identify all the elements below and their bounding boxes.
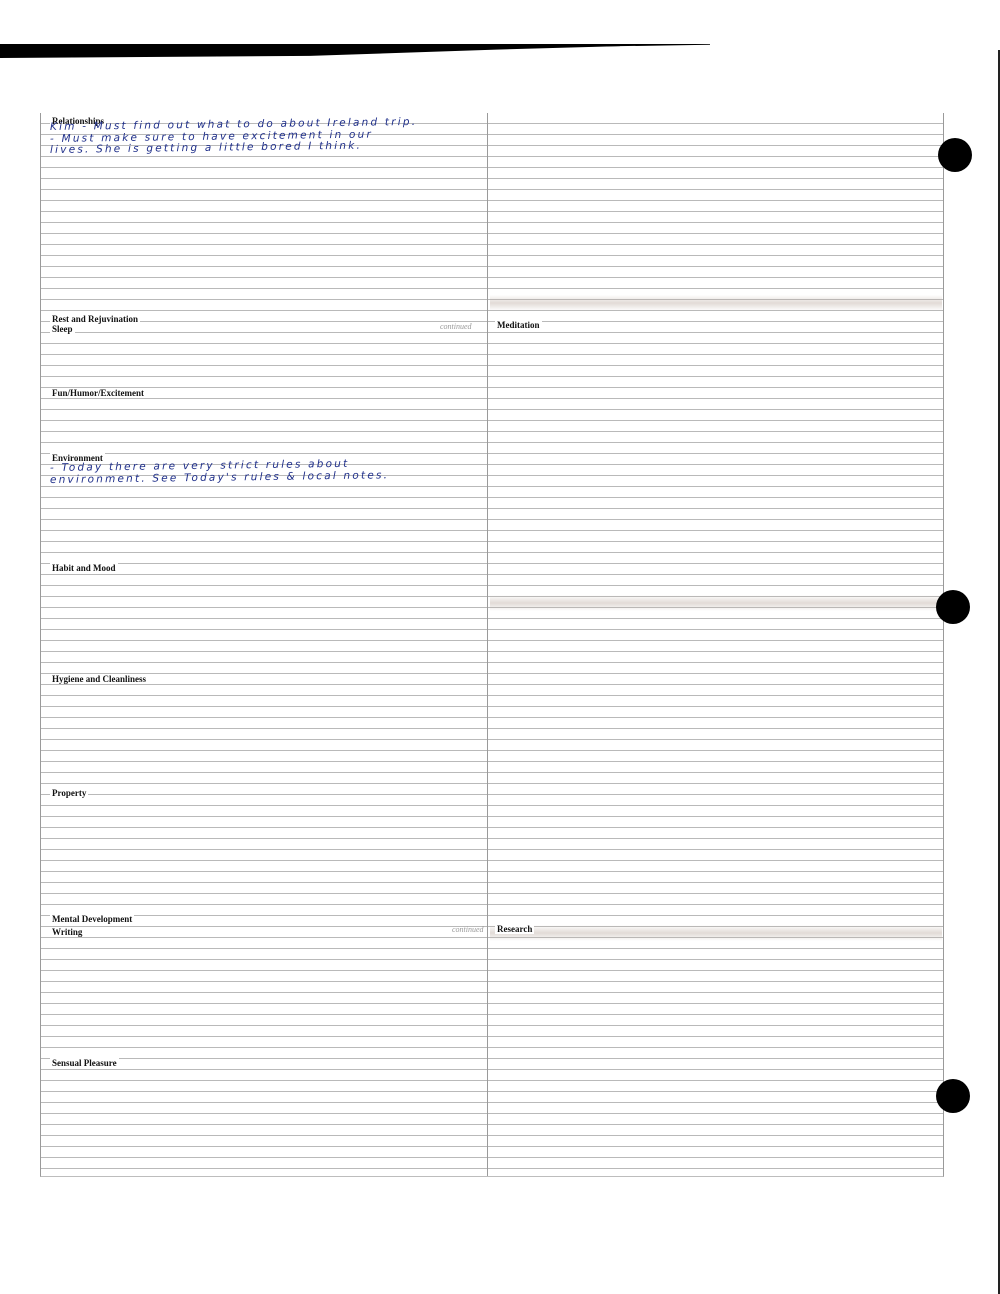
scan-shadow-bar-thin	[500, 44, 710, 48]
section-heading-habit: Habit and Mood	[50, 563, 118, 573]
section-heading-research: Research	[495, 924, 534, 934]
hole-punch-bottom	[936, 1079, 970, 1113]
hole-punch-middle	[936, 590, 970, 624]
lined-sheet	[40, 113, 944, 1177]
section-heading-sensual-pleasure: Sensual Pleasure	[50, 1058, 119, 1068]
section-heading-meditation: Meditation	[495, 320, 542, 330]
subsection-heading-writing: Writing	[50, 927, 84, 937]
section-heading-rest: Rest and Rejuvination	[50, 314, 140, 324]
section-heading-fun: Fun/Humor/Excitement	[50, 388, 146, 398]
fold-crease	[490, 925, 942, 941]
fold-crease	[490, 295, 942, 311]
column-divider	[487, 113, 488, 1176]
section-heading-mental-development: Mental Development	[50, 914, 134, 924]
section-heading-hygiene: Hygiene and Cleanliness	[50, 674, 148, 684]
subsection-heading-sleep: Sleep	[50, 324, 75, 334]
fold-crease	[490, 595, 942, 611]
margin-note-continued: continued	[440, 322, 472, 331]
margin-note-continued: continued	[452, 925, 484, 934]
hole-punch-top	[938, 138, 972, 172]
section-heading-property: Property	[50, 788, 88, 798]
